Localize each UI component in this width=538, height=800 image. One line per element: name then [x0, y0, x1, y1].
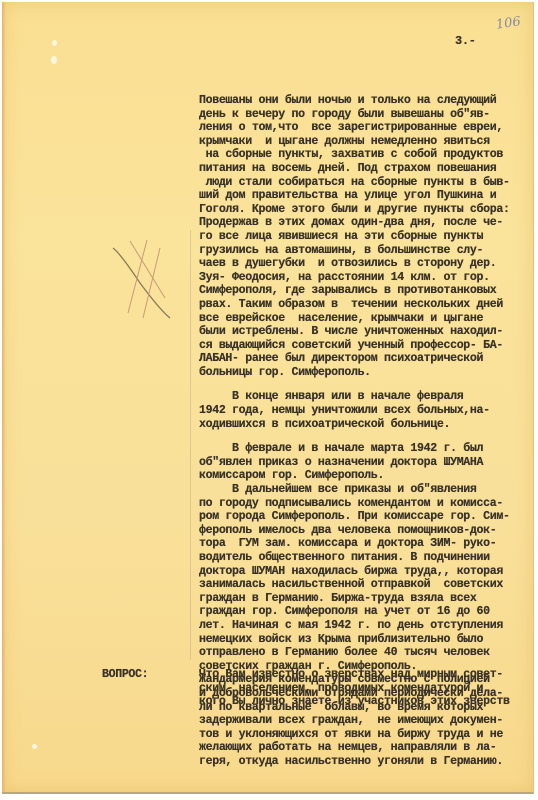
text-line: Продержав в этих домах один-два дня, пос…: [199, 216, 534, 230]
text-line: В дальнейшем все приказы и об"явления: [199, 483, 534, 497]
text-line: доктора ШУМАН находилась биржа труда,, к…: [199, 565, 534, 579]
text-line: больницы гор. Симферополь.: [199, 366, 534, 380]
text-line: немецких войск из Крыма приблизительно б…: [199, 633, 534, 647]
text-line: задерживали всех граждан, не имеющих док…: [199, 714, 534, 728]
text-line: все еврейское население, крымчаки и цыга…: [199, 312, 534, 326]
page-number: 3.-: [455, 34, 476, 48]
text-line: тов и уклоняющихся от явки на биржу труд…: [199, 728, 534, 742]
text-line: ходившихся в психоатрической больнице.: [199, 418, 534, 432]
text-line: люди стали собираться на сборные пункты …: [199, 176, 534, 190]
text-line: Что Вам известно о зверствах над мирным …: [199, 668, 534, 682]
text-line: Симферополя, где зарывались в противотан…: [199, 284, 534, 298]
text-line: Повешаны они были ночью и только на след…: [199, 94, 534, 108]
text-line: граждан в Германию. Биржа-труда взяла вс…: [199, 592, 534, 606]
text-line: ром города Симферополь. При комиссаре го…: [199, 510, 534, 524]
text-line: В феврале и в начале марта 1942 г. был: [199, 442, 534, 456]
text-line: го все лица явившиеся на эти сборные пун…: [199, 230, 534, 244]
text-line: комиссаром гор. Симферополь.: [199, 469, 534, 483]
text-line: чаев в душегубки и отвозились в сторону …: [199, 257, 534, 271]
text-line: ший дом правительства на улице угол Пушк…: [199, 189, 534, 203]
text-line: отправлено в Германию более 40 тысяч чел…: [199, 646, 534, 660]
paragraph-gap: [199, 431, 534, 442]
text-line: геря, откуда насильственно угоняли в Гер…: [199, 755, 534, 769]
text-line: день к вечеру по городу были вывешаны об…: [199, 108, 534, 122]
paper-speck: [52, 40, 57, 46]
text-line: ферополь имелось два человека помощников…: [199, 524, 534, 538]
text-line: об"явлен приказ о назначении доктора ШУМ…: [199, 456, 534, 470]
text-line: занималась насильственной отправкой сове…: [199, 578, 534, 592]
paper-speck: [51, 56, 57, 64]
text-line: были истреблены. В числе уничтоженных на…: [199, 325, 534, 339]
text-line: В конце января или в начале февраля: [199, 390, 534, 404]
text-line: тора ГУМ зам. комиссара и доктора ЗИМ- р…: [199, 537, 534, 551]
text-line: питания на восемь дней. Под страхом пове…: [199, 162, 534, 176]
text-line: желающих работать на немцев, направляли …: [199, 741, 534, 755]
paper-speck: [32, 744, 37, 749]
text-line: рвах. Таким образом в течении нескольких…: [199, 298, 534, 312]
text-line: ся выдающийся советский ученный профессо…: [199, 339, 534, 353]
text-line: лет. Начиная с мая 1942 г. по день отсту…: [199, 619, 534, 633]
text-line: кого Вы лично знаете из участников этих …: [199, 695, 534, 709]
page-edge-shadow: [2, 2, 6, 792]
text-line: по городу подписывались комендантом и ко…: [199, 497, 534, 511]
text-line: водитель общественного питания. В подчин…: [199, 551, 534, 565]
text-line: ления о том,что все зарегистрированные е…: [199, 121, 534, 135]
text-line: ским населением, проводимых комендатурой…: [199, 682, 534, 696]
paragraph-gap: [199, 379, 534, 390]
text-line: ЛАБАН- ранее был директором психоатричес…: [199, 352, 534, 366]
text-line: грузились на автомашины, в большинстве с…: [199, 244, 534, 258]
text-line: крымчаки и цыгане должны немедленно явит…: [199, 135, 534, 149]
text-line: на сборные пункты, захватив с собой прод…: [199, 148, 534, 162]
text-line: Зуя- Феодосия, на расстоянии 14 клм. от …: [199, 271, 534, 285]
question-label: ВОПРОС:: [102, 668, 148, 681]
text-line: Гоголя. Кроме этого были и другие пункты…: [199, 203, 534, 217]
pencil-cross-mark-icon: [110, 238, 200, 328]
text-line: 1942 года, немцы уничтожили всех больных…: [199, 404, 534, 418]
question-text: Что Вам известно о зверствах над мирным …: [199, 668, 534, 709]
text-line: граждан гор. Симферополя на учет от 16 д…: [199, 605, 534, 619]
